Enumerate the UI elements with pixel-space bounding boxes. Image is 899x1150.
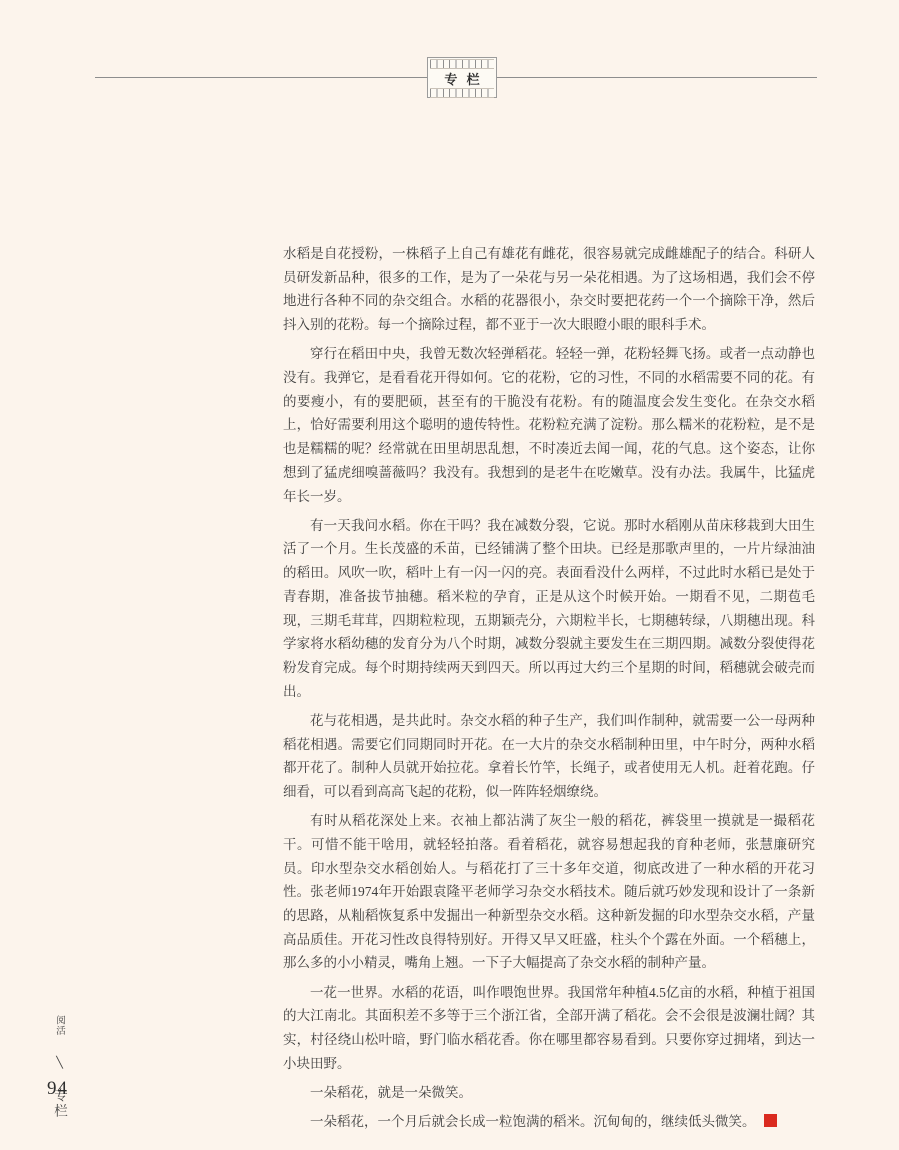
scroll-ticks-top-icon	[430, 59, 494, 69]
paragraph-8: 一朵稻花，一个月后就会长成一粒饱满的稻米。沉甸甸的，继续低头微笑。	[283, 1110, 815, 1134]
footer-magazine-label: 阅活	[54, 1015, 64, 1036]
paragraph-8-text: 一朵稻花，一个月后就会长成一粒饱满的稻米。沉甸甸的，继续低头微笑。	[310, 1114, 756, 1129]
header-rule-left	[95, 77, 427, 78]
column-title: 专 栏	[430, 69, 494, 88]
paragraph-6: 一花一世界。水稻的花语，叫作喂饱世界。我国常年种植4.5亿亩的水稻，种植于祖国的…	[283, 981, 815, 1076]
paragraph-2: 穿行在稻田中央，我曾无数次轻弹稻花。轻轻一弹，花粉轻舞飞扬。或者一点动静也没有。…	[283, 342, 815, 508]
paragraph-3: 有一天我问水稻。你在干吗？我在减数分裂，它说。那时水稻刚从苗床移栽到大田生活了一…	[283, 514, 815, 704]
column-header-box: 专 栏	[427, 57, 497, 98]
paragraph-4: 花与花相遇，是共此时。杂交水稻的种子生产，我们叫作制种，就需要一公一母两种稻花相…	[283, 709, 815, 804]
footer-section-label: 阅活 ╲ 专栏	[51, 1015, 67, 1119]
header-rule-right	[497, 77, 817, 78]
page-number: 94	[47, 1078, 68, 1100]
paragraph-7: 一朵稻花，就是一朵微笑。	[283, 1081, 815, 1105]
scroll-ticks-bottom-icon	[430, 88, 494, 98]
magazine-page: 专 栏 水稻是自花授粉，一株稻子上自己有雄花有雌花，很容易就完成雌雄配子的结合。…	[0, 0, 899, 1150]
article-body: 水稻是自花授粉，一株稻子上自己有雄花有雌花，很容易就完成雌雄配子的结合。科研人员…	[283, 242, 815, 1139]
paragraph-1: 水稻是自花授粉，一株稻子上自己有雄花有雌花，很容易就完成雌雄配子的结合。科研人员…	[283, 242, 815, 337]
footer-separator-icon: ╲	[53, 1056, 65, 1069]
article-end-mark	[764, 1114, 777, 1127]
paragraph-5: 有时从稻花深处上来。衣袖上都沾满了灰尘一般的稻花，裤袋里一摸就是一撮稻花干。可惜…	[283, 809, 815, 975]
